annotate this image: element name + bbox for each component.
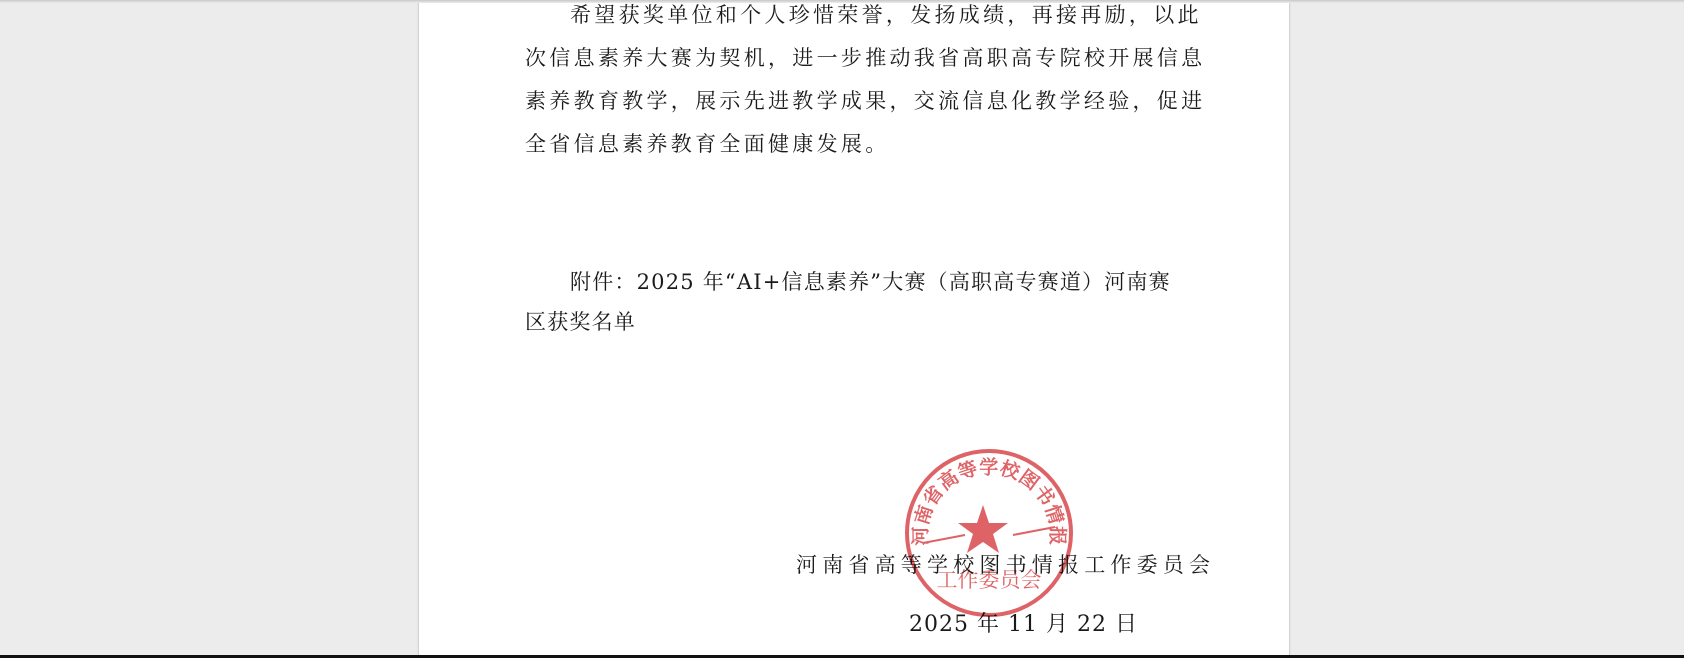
star-icon <box>958 505 1008 553</box>
attachment-line-2: 区获奖名单 <box>525 307 636 337</box>
top-shadow <box>0 0 1684 3</box>
document-page: 希望获奖单位和个人珍惜荣誉，发扬成绩，再接再励，以此 次信息素养大赛为契机，进一… <box>418 0 1290 656</box>
paragraph-line-2: 次信息素养大赛为契机，进一步推动我省高职高专院校开展信息 <box>525 43 1205 73</box>
seal-bottom-text: 工作委员会 <box>937 568 1042 592</box>
paragraph-line-3: 素养教育教学，展示先进教学成果，交流信息化教学经验，促进 <box>525 86 1205 116</box>
official-seal-stamp: 河南省高等学校图书情报 工作委员会 <box>903 447 1075 619</box>
paragraph-line-1: 希望获奖单位和个人珍惜荣誉，发扬成绩，再接再励，以此 <box>570 0 1202 30</box>
seal-icon: 河南省高等学校图书情报 工作委员会 <box>903 447 1075 619</box>
paragraph-line-4: 全省信息素养教育全面健康发展。 <box>525 129 890 159</box>
attachment-line-1: 附件：2025 年“AI+信息素养”大赛（高职高专赛道）河南赛 <box>570 267 1171 297</box>
